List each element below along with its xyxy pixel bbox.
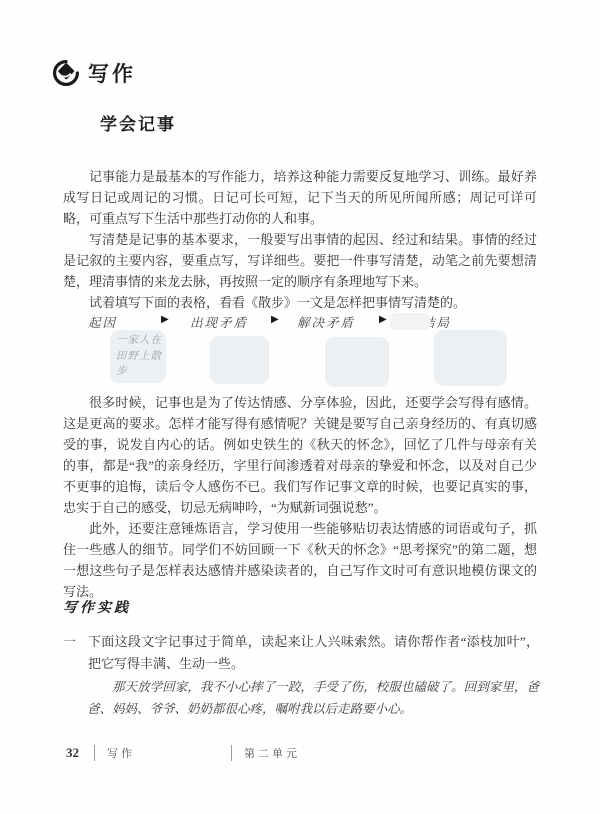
arrow-right-icon: ▶ xyxy=(271,314,279,325)
practice-item-text: 下面这段文字记事过于简单，读起来让人兴味索然。请你帮作者“添枝加叶”，把它写得丰… xyxy=(88,631,539,674)
page-footer: 32 写作 第二单元 xyxy=(66,745,300,761)
flowchart-stage-label-cause: 起因 xyxy=(88,313,117,331)
arrow-right-icon: ▶ xyxy=(161,314,169,325)
page-header-label: 写作 xyxy=(88,58,136,88)
practice-item-1: 一 下面这段文字记事过于简单，读起来让人兴味索然。请你帮作者“添枝加叶”，把它写… xyxy=(63,631,539,674)
arrow-right-icon: ▶ xyxy=(379,314,387,325)
flowchart-stage-label-resolution: 解决矛盾 xyxy=(297,313,355,331)
practice-sample-passage: 那天放学回家，我不小心摔了一跤，手受了伤，校服也磕破了。回到家里，爸爸、妈妈、爷… xyxy=(87,676,539,720)
paragraph: 记事能力是最基本的写作能力，培养这种能力需要反复地学习、训练。最好养成写日记或周… xyxy=(63,166,537,229)
paragraph: 很多时候，记事也是为了传达情感、分享体验，因此，还要学会写得有感情。这是更高的要… xyxy=(63,392,537,518)
answer-box-conflict[interactable] xyxy=(210,336,269,384)
answer-box-ending-small xyxy=(390,313,430,330)
paragraph: 试着填写下面的表格，看看《散步》一文是怎样把事情写清楚的。 xyxy=(63,292,537,313)
answer-box-resolution[interactable] xyxy=(325,337,389,387)
discussion-paragraphs: 很多时候，记事也是为了传达情感、分享体验，因此，还要学会写得有感情。这是更高的要… xyxy=(63,392,537,602)
handwritten-answer-cause: 一家人在 田野上散 步 xyxy=(116,333,168,380)
footer-divider xyxy=(94,745,95,761)
lesson-title: 学会记事 xyxy=(100,110,176,135)
paragraph: 此外，还要注意锤炼语言，学习使用一些能够贴切表达情感的词语或句子，抓住一些感人的… xyxy=(63,518,537,602)
writing-logo-icon xyxy=(53,60,79,86)
page-number: 32 xyxy=(66,745,79,761)
textbook-page: 写作 学会记事 记事能力是最基本的写作能力，培养这种能力需要反复地学习、训练。最… xyxy=(0,0,600,814)
footer-divider xyxy=(231,745,232,761)
paragraph: 写清楚是记事的基本要求，一般要写出事情的起因、经过和结果。事情的经过是记叙的主要… xyxy=(63,229,537,292)
page-header: 写作 xyxy=(53,58,136,88)
intro-paragraphs: 记事能力是最基本的写作能力，培养这种能力需要反复地学习、训练。最好养成写日记或周… xyxy=(63,166,537,313)
practice-section-heading: 写作实践 xyxy=(63,597,131,617)
flowchart-stage-label-conflict: 出现矛盾 xyxy=(190,313,248,331)
practice-item-marker: 一 xyxy=(63,631,88,650)
footer-section-label: 写作 xyxy=(107,745,135,761)
footer-unit-label: 第二单元 xyxy=(244,745,300,761)
answer-box-ending[interactable] xyxy=(434,330,507,386)
